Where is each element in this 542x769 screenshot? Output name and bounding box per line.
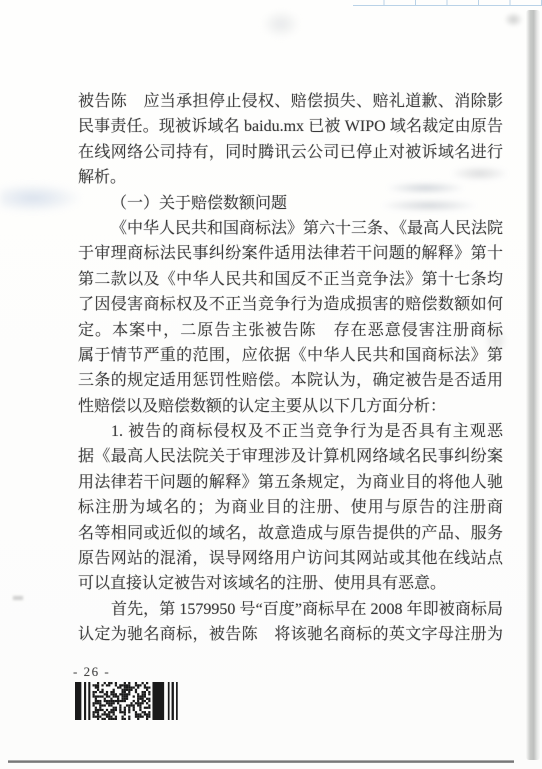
scanned-judgment-page: 被告陈 应当承担停止侵权、赔偿损失、赔礼道歉、消除影响的民事责任。现被诉域名 b… [0,0,542,769]
scan-smudge [262,10,300,38]
text-line: 《中华人民共和国商标法》第六十三条、《最高人民法院关 [78,216,503,241]
page-edge-shadow [526,10,540,760]
page-bottom-edge [8,760,514,763]
background-spreadsheet-grid [353,0,542,6]
text-line: 用法律若干问题的解释》第五条规定，为商业目的将他人驰名商 [78,470,503,495]
text-line: 于审理商标法民事纠纷案件适用法律若干问题的解释》第十六条 [78,241,503,266]
text-line: 原告网站的混淆，误导网络用户访问其网站或其他在线站点的， [78,546,503,571]
text-line: 可以直接认定被告对该域名的注册、使用具有恶意。 [78,571,503,596]
text-line: 1. 被告的商标侵权及不正当竞争行为是否具有主观恶意。根 [78,419,503,444]
text-line: 解析。 [78,165,503,190]
text-line: 在线网络公司持有，同时腾讯云公司已停止对被诉域名进行 DNS [78,140,503,165]
text-line: 属于情节严重的范围，应依据《中华人民共和国商标法》第六十 [78,343,503,368]
scan-smudge [13,596,23,600]
page-edge-shadow-cap [504,12,523,27]
barcode [75,682,179,720]
text-line: 名等相同或近似的域名，故意造成与原告提供的产品、服务或者 [78,521,503,546]
text-line: 定。本案中，二原告主张被告陈 存在恶意侵害注册商标权，且 [78,318,503,343]
scan-smudge [0,183,82,213]
text-line: 第二款以及《中华人民共和国反不正当竞争法》第十七条均规定 [78,267,503,292]
text-line: 性赔偿以及赔偿数额的认定主要从以下几方面分析： [78,394,503,419]
text-line: 首先，第 1579950 号“百度”商标早在 2008 年即被商标局 [78,597,503,622]
text-line: 据《最高人民法院关于审理涉及计算机网络域名民事纠纷案件适 [78,444,503,469]
judgment-text-block: 被告陈 应当承担停止侵权、赔偿损失、赔礼道歉、消除影响的民事责任。现被诉域名 b… [78,89,503,648]
page-number: - 26 - [73,664,110,680]
text-line: 被告陈 应当承担停止侵权、赔偿损失、赔礼道歉、消除影响的 [78,89,503,114]
text-line: （一）关于赔偿数额问题 [78,191,503,216]
text-line: 了因侵害商标权及不正当竞争行为造成损害的赔偿数额如何认 [78,292,503,317]
text-line: 民事责任。现被诉域名 baidu.mx 已被 WIPO 域名裁定由原告百度 [78,114,503,139]
text-line: 三条的规定适用惩罚性赔偿。本院认为，确定被告是否适用惩罚 [78,368,503,393]
text-line: 认定为驰名商标，被告陈 将该驰名商标的英文字母注册为域名 [78,622,503,647]
text-line: 标注册为域名的；为商业目的注册、使用与原告的注册商标、域 [78,495,503,520]
